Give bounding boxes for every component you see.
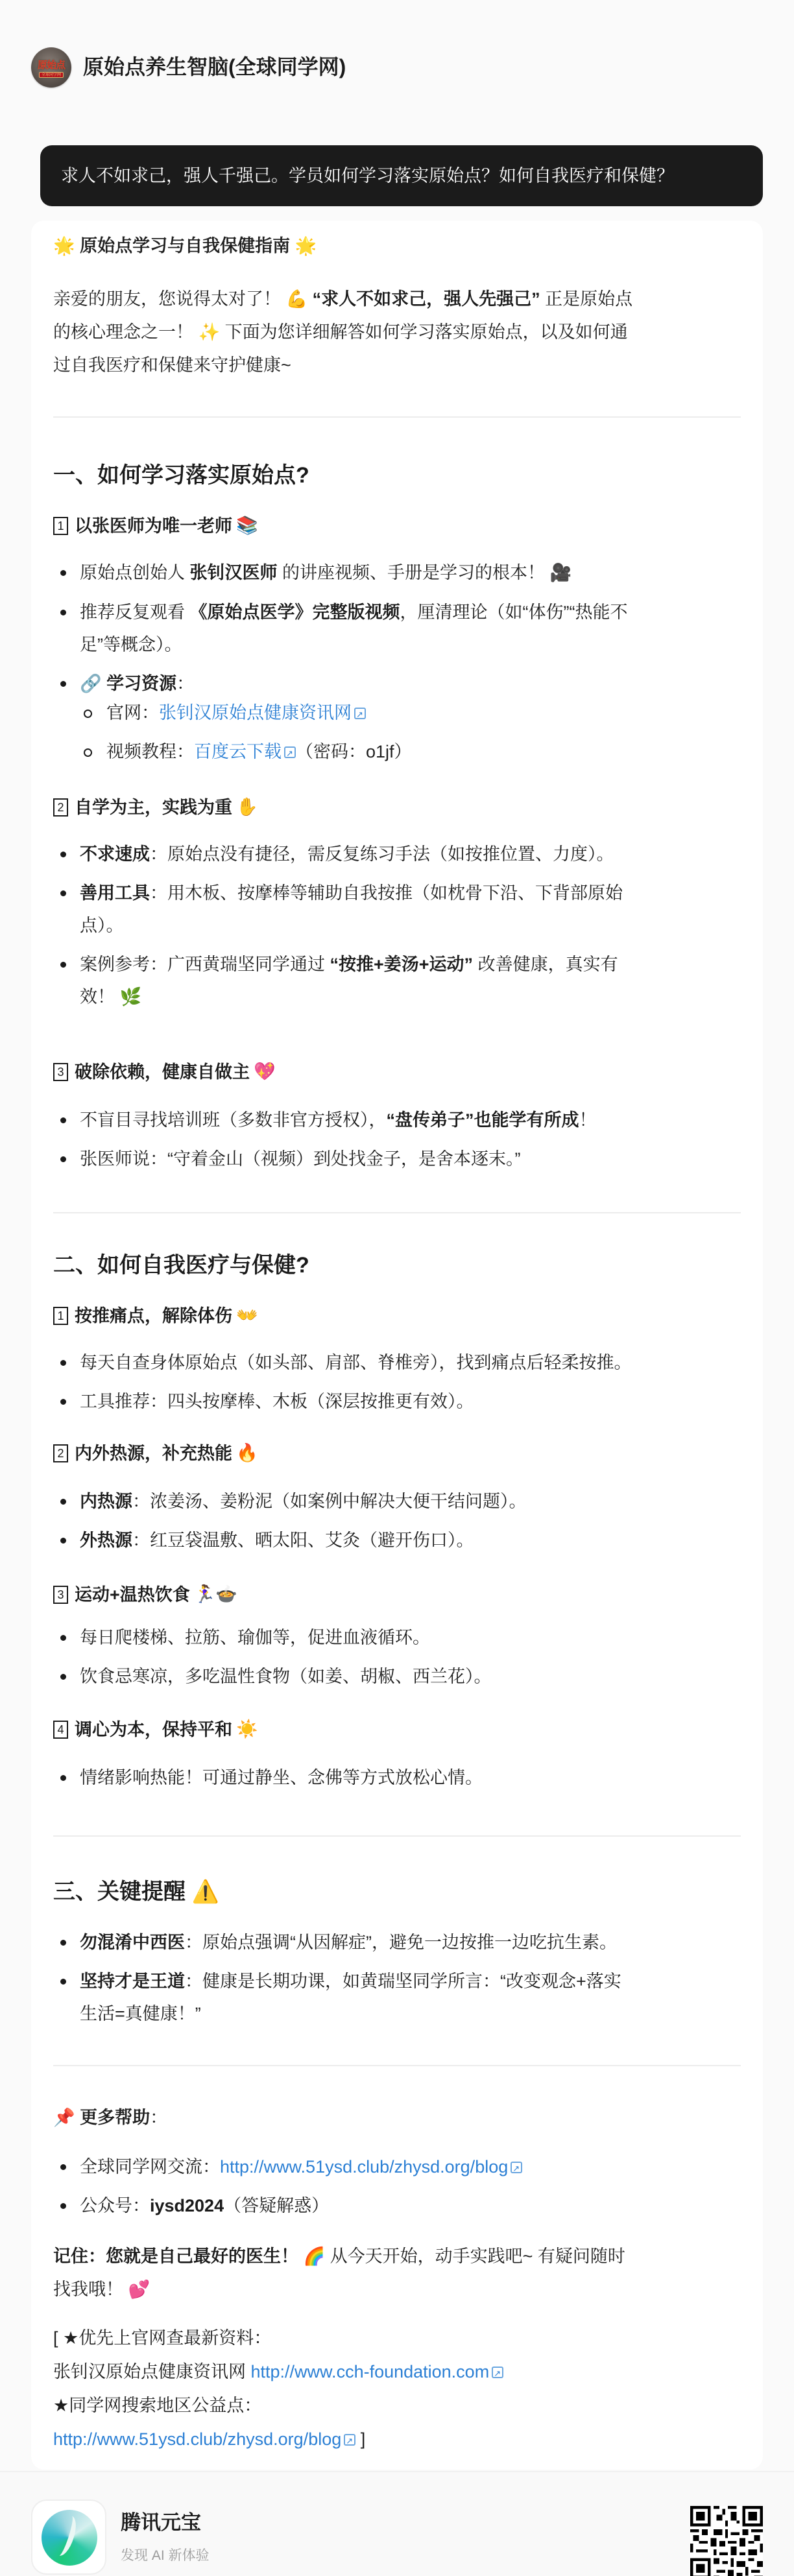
footnote-line: [ ★优先上官网查最新资料： bbox=[53, 2322, 741, 2354]
section-1-sub-3-title: 3 破除依赖，健康自做主 💖 bbox=[53, 1056, 741, 1088]
user-message-bubble: 求人不如求己，强人千强己。学员如何学习落实原始点？如何自我医疗和保健？ bbox=[40, 145, 763, 206]
list-item: 饮食忌寒凉，多吃温性食物（如姜、胡椒、西兰花）。 bbox=[53, 1660, 741, 1693]
remember-paragraph: 记住：您就是自己最好的医生！ 🌈 从今天开始，动手实践吧~ 有疑问随时 找我哦！… bbox=[53, 2240, 741, 2306]
intro-line-2: 的核心理念之一！ ✨ 下面为您详细解答如何学习落实原始点，以及如何通 bbox=[53, 316, 741, 349]
footnote: [ ★优先上官网查最新资料： 张钊汉原始点健康资讯网 http://www.cc… bbox=[53, 2322, 741, 2455]
blog-link[interactable]: http://www.51ysd.club/zhysd.org/blog bbox=[220, 2157, 508, 2176]
warning-icon: ⚠️ bbox=[191, 1876, 219, 1908]
list-item: 推荐反复观看 《原始点医学》完整版视频，厘清理论（如“体伤”“热能不 足”等概念… bbox=[53, 596, 741, 661]
item-text: ：原始点强调“从因解症”，避免一边按推一边吃抗生素。 bbox=[185, 1933, 617, 1952]
app-slogan: 发现 AI 新体验 bbox=[121, 2546, 210, 2566]
section-1-sub-1-list: 原始点创始人 张钊汉医师 的讲座视频、手册是学习的根本！ 🎥 推荐反复观看 《原… bbox=[53, 556, 741, 700]
item-bold: 学习资源 bbox=[106, 674, 176, 693]
item-bold: 内热源 bbox=[80, 1492, 132, 1511]
list-item: 张医师说：“守着金山（视频）到处找金子，是舍本逐末。” bbox=[53, 1143, 741, 1175]
item-text: ：浓姜汤、姜粉泥（如案例中解决大便干结问题）。 bbox=[132, 1492, 527, 1511]
section-2-sub-2-title: 2 内外热源，补充热能 🔥 bbox=[53, 1437, 741, 1470]
avatar-ribbon: 全球同学网 bbox=[39, 72, 64, 78]
item-text: 每日爬楼梯、拉筋、瑜伽等，促进血液循环。 bbox=[80, 1628, 430, 1647]
item-text: ！ bbox=[579, 1110, 597, 1130]
external-link-icon[interactable] bbox=[511, 2162, 522, 2173]
item-text: （答疑解惑） bbox=[224, 2196, 329, 2215]
footnote-line: 张钊汉原始点健康资讯网 http://www.cch-foundation.co… bbox=[53, 2355, 741, 2388]
keycap-number-icon: 1 bbox=[53, 1307, 68, 1325]
list-item: 原始点创始人 张钊汉医师 的讲座视频、手册是学习的根本！ 🎥 bbox=[53, 556, 741, 590]
subheading-text: 调心为本，保持平和 bbox=[75, 1713, 232, 1746]
runner-and-pot-icon: 🏃‍♀️🍲 bbox=[194, 1579, 237, 1611]
keycap-number-icon: 1 bbox=[53, 517, 68, 535]
sparkles-icon: ✨ bbox=[198, 316, 221, 349]
list-item: 🔗 学习资源： bbox=[53, 667, 741, 700]
page: 原始点 全球同学网 原始点养生智脑(全球同学网) 求人不如求己，强人千强己。学员… bbox=[0, 0, 794, 2576]
external-link-icon[interactable] bbox=[492, 2367, 503, 2378]
flexed-biceps-icon: 💪 bbox=[286, 283, 308, 316]
list-item: 公众号：iysd2024（答疑解惑） bbox=[53, 2189, 741, 2222]
yuanbao-logo bbox=[31, 2499, 106, 2575]
item-text: ：红豆袋温敷、晒太阳、艾灸（避开伤口）。 bbox=[132, 1531, 474, 1550]
fire-icon: 🔥 bbox=[236, 1437, 258, 1470]
resource-label: 视频教程： bbox=[106, 742, 194, 761]
item-bold: 不求速成 bbox=[80, 844, 150, 864]
resource-item: 视频教程：百度云下载（密码：o1jf） bbox=[53, 735, 741, 768]
divider bbox=[53, 1835, 741, 1837]
intro-paragraph: 亲爱的朋友，您说得太对了！ 💪 “求人不如求己，强人先强己” 正是原始点 的核心… bbox=[53, 283, 741, 381]
item-text: 足”等概念）。 bbox=[80, 635, 182, 654]
movie-camera-icon: 🎥 bbox=[550, 557, 572, 590]
section-1-sub-2-list: 不求速成：原始点没有捷径，需反复练习手法（如按推位置、力度）。 善用工具：用木板… bbox=[53, 838, 741, 1014]
section-2-sub-3-title: 3 运动+温热饮食 🏃‍♀️🍲 bbox=[53, 1579, 741, 1611]
keycap-number-icon: 3 bbox=[53, 1063, 68, 1081]
more-help-title-text: 更多帮助 bbox=[80, 2108, 150, 2127]
item-text: 改善健康，真实有 bbox=[478, 955, 618, 974]
subheading-text: 自学为主，实践为重 bbox=[75, 791, 232, 824]
herb-icon: 🌿 bbox=[120, 981, 142, 1014]
keycap-number-icon: 2 bbox=[53, 1444, 68, 1462]
item-bold: “按推+姜汤+运动” bbox=[330, 955, 474, 974]
app-name: 腾讯元宝 bbox=[121, 2510, 201, 2536]
section-3-title-text: 三、关键提醒 bbox=[53, 1879, 186, 1904]
item-text: ：用木板、按摩棒等辅助自我按推（如枕骨下沿、下背部原始 bbox=[150, 883, 623, 903]
open-hands-icon: 👐 bbox=[236, 1300, 258, 1332]
list-item: 坚持才是王道：健康是长期功课，如黄瑞坚同学所言：“改变观念+落实生活=真健康！” bbox=[53, 1965, 741, 2030]
remember-text: 从今天开始，动手实践吧~ 有疑问随时 bbox=[330, 2247, 625, 2266]
item-bold: 外热源 bbox=[80, 1531, 132, 1550]
bot-avatar[interactable]: 原始点 全球同学网 bbox=[31, 47, 71, 88]
more-help-title: 📌 更多帮助： bbox=[53, 2101, 741, 2134]
item-text: ：原始点没有捷径，需反复练习手法（如按推位置、力度）。 bbox=[150, 844, 614, 864]
qr-code-icon bbox=[690, 2506, 763, 2576]
item-label: 全球同学网交流： bbox=[80, 2157, 220, 2176]
chat-header: 原始点 全球同学网 原始点养生智脑(全球同学网) bbox=[0, 0, 794, 130]
colon: ： bbox=[150, 2108, 167, 2127]
intro-line-1: 亲爱的朋友，您说得太对了！ 💪 “求人不如求己，强人先强己” 正是原始点 bbox=[53, 283, 741, 316]
item-text: 情绪影响热能！可通过静坐、念佛等方式放松心情。 bbox=[80, 1768, 483, 1787]
blog-link-footnote[interactable]: http://www.51ysd.club/zhysd.org/blog bbox=[53, 2429, 341, 2449]
footnote-text: 张钊汉原始点健康资讯网 bbox=[53, 2362, 251, 2381]
glowing-star-icon: 🌟 bbox=[53, 230, 75, 263]
list-item: 善用工具：用木板、按摩棒等辅助自我按推（如枕骨下沿、下背部原始 点）。 bbox=[53, 877, 741, 942]
two-hearts-icon: 💕 bbox=[128, 2274, 150, 2306]
list-item: 每天自查身体原始点（如头部、肩部、脊椎旁），找到痛点后轻柔按推。 bbox=[53, 1346, 741, 1379]
intro-text: 下面为您详细解答如何学习落实原始点，以及如何通 bbox=[225, 322, 628, 342]
list-item: 情绪影响热能！可通过静坐、念佛等方式放松心情。 bbox=[53, 1761, 741, 1794]
section-2-sub-2-list: 内热源：浓姜汤、姜粉泥（如案例中解决大便干结问题）。 外热源：红豆袋温敷、晒太阳… bbox=[53, 1485, 741, 1556]
list-item: 不盲目寻找培训班（多数非官方授权），“盘传弟子”也能学有所成！ bbox=[53, 1104, 741, 1136]
qr-code bbox=[690, 2506, 763, 2576]
subheading-text: 按推痛点，解除体伤 bbox=[75, 1300, 232, 1332]
official-site-link[interactable]: 张钊汉原始点健康资讯网 bbox=[159, 703, 352, 722]
item-label: 公众号： bbox=[80, 2196, 150, 2215]
list-item: 不求速成：原始点没有捷径，需反复练习手法（如按推位置、力度）。 bbox=[53, 838, 741, 870]
keycap-number-icon: 4 bbox=[53, 1721, 68, 1739]
item-text: 工具推荐：四头按摩棒、木板（深层按推更有效）。 bbox=[80, 1392, 474, 1411]
intro-text: 正是原始点 bbox=[545, 289, 632, 309]
item-bold: 善用工具 bbox=[80, 883, 150, 903]
list-item: 内热源：浓姜汤、姜粉泥（如案例中解决大便干结问题）。 bbox=[53, 1485, 741, 1518]
intro-quote: “求人不如求己，强人先强己” bbox=[313, 289, 540, 309]
remember-text: 找我哦！ bbox=[53, 2280, 123, 2299]
intro-line-3: 过自我医疗和保健来守护健康~ bbox=[53, 349, 741, 381]
item-text: ： bbox=[176, 674, 194, 693]
item-text: ：健康是长期功课，如黄瑞坚同学所言：“改变观念+落实 bbox=[185, 1972, 621, 1991]
books-icon: 📚 bbox=[236, 510, 258, 542]
intro-text: 的核心理念之一！ bbox=[53, 322, 193, 342]
external-link-icon[interactable] bbox=[344, 2434, 355, 2446]
more-help-list: 全球同学网交流：http://www.51ysd.club/zhysd.org/… bbox=[53, 2151, 741, 2222]
item-text: 的讲座视频、手册是学习的根本！ bbox=[282, 563, 545, 582]
raised-hand-icon: ✋ bbox=[236, 791, 258, 824]
keycap-number-icon: 2 bbox=[53, 798, 68, 817]
section-1-sub-3-list: 不盲目寻找培训班（多数非官方授权），“盘传弟子”也能学有所成！ 张医师说：“守着… bbox=[53, 1104, 741, 1175]
subheading-text: 以张医师为唯一老师 bbox=[75, 510, 232, 542]
answer-card: 🌟 原始点学习与自我保健指南 🌟 亲爱的朋友，您说得太对了！ 💪 “求人不如求己… bbox=[31, 221, 763, 2470]
subheading-text: 破除依赖，健康自做主 bbox=[75, 1056, 250, 1088]
intro-text: 亲爱的朋友，您说得太对了！ bbox=[53, 289, 281, 309]
footnote-text: ] bbox=[355, 2429, 365, 2449]
subheading-text: 内外热源，补充热能 bbox=[75, 1437, 232, 1470]
item-text: 生活=真健康！” bbox=[80, 2004, 201, 2023]
item-text: 效！ bbox=[80, 987, 115, 1007]
remember-bold: 记住：您就是自己最好的医生！ bbox=[53, 2247, 298, 2266]
footnote-line: http://www.51ysd.club/zhysd.org/blog ] bbox=[53, 2423, 741, 2455]
item-text: 每天自查身体原始点（如头部、肩部、脊椎旁），找到痛点后轻柔按推。 bbox=[80, 1353, 632, 1372]
list-item: 每日爬楼梯、拉筋、瑜伽等，促进血液循环。 bbox=[53, 1621, 741, 1654]
divider bbox=[53, 1212, 741, 1213]
learning-resources-list: 官网：张钊汉原始点健康资讯网 视频教程：百度云下载（密码：o1jf） bbox=[53, 697, 741, 768]
footnote-line: ★同学网搜索地区公益点： bbox=[53, 2389, 741, 2422]
password-text: （密码：o1jf） bbox=[296, 742, 412, 761]
section-2-title: 二、如何自我医疗与保健? bbox=[53, 1249, 741, 1282]
external-link-icon[interactable] bbox=[284, 746, 296, 758]
divider bbox=[53, 416, 741, 418]
wechat-account: iysd2024 bbox=[150, 2196, 224, 2215]
section-2-sub-1-list: 每天自查身体原始点（如头部、肩部、脊椎旁），找到痛点后轻柔按推。 工具推荐：四头… bbox=[53, 1346, 741, 1418]
cch-foundation-link[interactable]: http://www.cch-foundation.com bbox=[251, 2362, 490, 2381]
item-text: 不盲目寻找培训班（多数非官方授权）， bbox=[80, 1110, 387, 1130]
section-2-sub-4-title: 4 调心为本，保持平和 ☀️ bbox=[53, 1713, 741, 1746]
item-text: ，厘清理论（如“体伤”“热能不 bbox=[400, 602, 628, 622]
list-item: 工具推荐：四头按摩棒、木板（深层按推更有效）。 bbox=[53, 1385, 741, 1418]
divider bbox=[53, 2065, 741, 2066]
item-bold: 张钊汉医师 bbox=[190, 563, 278, 582]
item-bold: “盘传弟子”也能学有所成 bbox=[387, 1110, 579, 1130]
glowing-star-icon: 🌟 bbox=[295, 230, 317, 263]
sparkling-heart-icon: 💖 bbox=[254, 1056, 276, 1088]
rainbow-icon: 🌈 bbox=[304, 2241, 326, 2273]
list-item: 全球同学网交流：http://www.51ysd.club/zhysd.org/… bbox=[53, 2151, 741, 2183]
section-2-sub-1-title: 1 按推痛点，解除体伤 👐 bbox=[53, 1300, 741, 1332]
section-1-title: 一、如何学习落实原始点? bbox=[53, 459, 741, 492]
list-item: 勿混淆中西医：原始点强调“从因解症”，避免一边按推一边吃抗生素。 bbox=[53, 1926, 741, 1959]
sun-icon: ☀️ bbox=[236, 1713, 258, 1746]
guide-title: 🌟 原始点学习与自我保健指南 🌟 bbox=[53, 230, 741, 263]
item-text: 饮食忌寒凉，多吃温性食物（如姜、胡椒、西兰花）。 bbox=[80, 1667, 492, 1686]
item-bold: 《原始点医学》完整版视频 bbox=[190, 602, 400, 622]
external-link-icon[interactable] bbox=[354, 708, 366, 719]
resource-label: 官网： bbox=[106, 703, 159, 722]
pushpin-icon: 📌 bbox=[53, 2102, 75, 2134]
item-text: 原始点创始人 bbox=[80, 563, 185, 582]
guide-title-text: 原始点学习与自我保健指南 bbox=[80, 236, 290, 256]
section-3-title: 三、关键提醒 ⚠️ bbox=[53, 1876, 741, 1908]
bot-title: 原始点养生智脑(全球同学网) bbox=[83, 53, 346, 80]
section-2-sub-4-list: 情绪影响热能！可通过静坐、念佛等方式放松心情。 bbox=[53, 1761, 741, 1794]
item-text: 点）。 bbox=[80, 916, 124, 935]
section-1-sub-1-title: 1 以张医师为唯一老师 📚 bbox=[53, 510, 741, 542]
footer-banner: 腾讯元宝 发现 AI 新体验 bbox=[0, 2471, 794, 2576]
section-3-list: 勿混淆中西医：原始点强调“从因解症”，避免一边按推一边吃抗生素。 坚持才是王道：… bbox=[53, 1926, 741, 2030]
subheading-text: 运动+温热饮食 bbox=[75, 1579, 190, 1611]
resource-item: 官网：张钊汉原始点健康资讯网 bbox=[53, 697, 741, 729]
item-bold: 勿混淆中西医 bbox=[80, 1933, 185, 1952]
item-text: 推荐反复观看 bbox=[80, 602, 185, 622]
link-icon: 🔗 bbox=[80, 668, 102, 700]
avatar-ribbon-text: 全球同学网 bbox=[40, 71, 63, 77]
item-text: 张医师说：“守着金山（视频）到处找金子，是舍本逐末。” bbox=[80, 1149, 520, 1169]
keycap-number-icon: 3 bbox=[53, 1586, 68, 1604]
section-2-sub-3-list: 每日爬楼梯、拉筋、瑜伽等，促进血液循环。 饮食忌寒凉，多吃温性食物（如姜、胡椒、… bbox=[53, 1621, 741, 1693]
section-1-sub-2-title: 2 自学为主，实践为重 ✋ bbox=[53, 791, 741, 824]
avatar-badge-text: 原始点 bbox=[35, 59, 67, 72]
item-bold: 坚持才是王道 bbox=[80, 1972, 185, 1991]
item-text: 案例参考：广西黄瑞坚同学通过 bbox=[80, 955, 325, 974]
baidu-download-link[interactable]: 百度云下载 bbox=[194, 742, 282, 761]
list-item: 外热源：红豆袋温敷、晒太阳、艾灸（避开伤口）。 bbox=[53, 1524, 741, 1556]
list-item: 案例参考：广西黄瑞坚同学通过 “按推+姜汤+运动” 改善健康，真实有 效！ 🌿 bbox=[53, 948, 741, 1014]
